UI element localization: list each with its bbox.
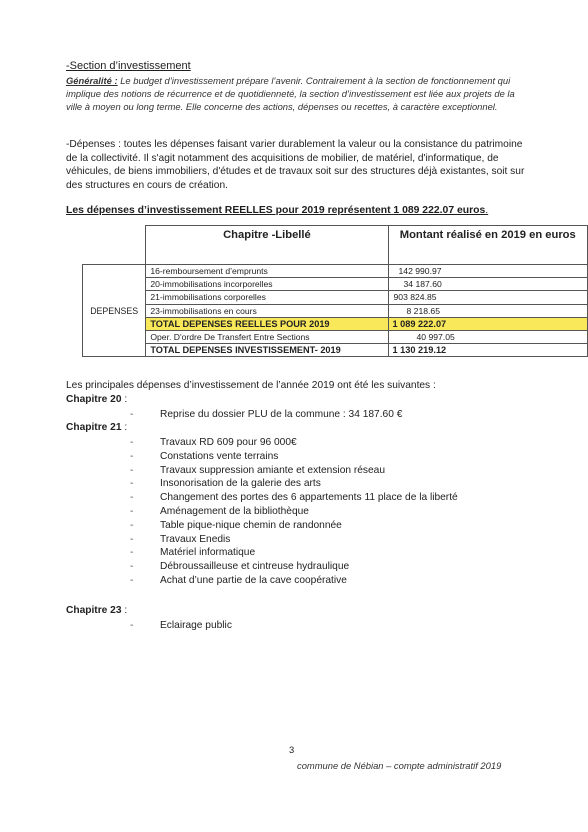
dash-bullet: - [130, 519, 133, 533]
table-header-row: Chapitre -Libellé Montant réalisé en 201… [83, 226, 588, 265]
dash-bullet: - [130, 464, 133, 478]
dash-bullet: - [130, 619, 133, 633]
list-item: -Achat d’une partie de la cave coopérati… [130, 574, 458, 588]
dash-bullet: - [130, 408, 133, 422]
table-row: Oper. D'ordre De Transfert Entre Section… [83, 330, 588, 343]
list-item: -Aménagement de la bibliothèque [130, 505, 458, 519]
dash-bullet: - [130, 436, 133, 450]
total-investissement-row: TOTAL DEPENSES INVESTISSEMENT- 2019 1 13… [83, 344, 588, 357]
row-amount: 1 130 219.12 [388, 344, 587, 357]
dash-bullet: - [130, 450, 133, 464]
list-item: -Insonorisation de la galerie des arts [130, 477, 458, 491]
list-item: -Constations vente terrains [130, 450, 458, 464]
chapter-21-title: Chapitre 21 : [66, 422, 127, 433]
dash-bullet: - [130, 546, 133, 560]
row-amount: 34 187.60 [388, 278, 587, 291]
chapter-20-items: -Reprise du dossier PLU de la commune : … [130, 408, 402, 422]
chapter-23-items: -Eclairage public [130, 619, 232, 633]
headline-text: Les dépenses d’investissement REELLES po… [66, 205, 485, 216]
row-label: TOTAL DEPENSES REELLES POUR 2019 [146, 317, 388, 330]
row-amount: 1 089 222.07 [388, 317, 587, 330]
intro-text: Le budget d’investissement prépare l’ave… [66, 75, 515, 112]
row-amount: 903 824.85 [388, 291, 587, 304]
table-row: DEPENSES 16-remboursement d’emprunts 142… [83, 265, 588, 278]
list-item: -Débroussailleuse et cintreuse hydrauliq… [130, 560, 458, 574]
row-amount: 8 218.65 [388, 304, 587, 317]
row-label: 20-immobilisations incorporelles [146, 278, 388, 291]
dash-bullet: - [130, 560, 133, 574]
page-number: 3 [289, 744, 294, 755]
list-item: -Matériel informatique [130, 546, 458, 560]
header-chapitre: Chapitre -Libellé [146, 226, 388, 265]
table-row: 20-immobilisations incorporelles 34 187.… [83, 278, 588, 291]
list-item: -Changement des portes des 6 appartement… [130, 491, 458, 505]
intro-paragraph: Généralité : Le budget d’investissement … [66, 74, 526, 114]
dash-bullet: - [130, 477, 133, 491]
row-amount: 40 997.05 [388, 330, 587, 343]
footer-text: commune de Nébian – compte administratif… [297, 760, 501, 771]
headline-end: . [485, 205, 488, 216]
list-item: -Reprise du dossier PLU de la commune : … [130, 408, 402, 422]
budget-table: Chapitre -Libellé Montant réalisé en 201… [82, 225, 588, 357]
list-item: -Travaux Enedis [130, 533, 458, 547]
summary-intro: Les principales dépenses d’investissemen… [66, 380, 436, 391]
dash-bullet: - [130, 533, 133, 547]
dash-bullet: - [130, 505, 133, 519]
list-item: -Travaux RD 609 pour 96 000€ [130, 436, 458, 450]
list-item: -Travaux suppression amiante et extensio… [130, 464, 458, 478]
table-row: 21-immobilisations corporelles 903 824.8… [83, 291, 588, 304]
row-label: 16-remboursement d’emprunts [146, 265, 388, 278]
dash-bullet: - [130, 491, 133, 505]
group-label: DEPENSES [83, 265, 146, 357]
list-item: -Eclairage public [130, 619, 232, 633]
headline: Les dépenses d’investissement REELLES po… [66, 205, 488, 216]
row-label: 23-immobilisations en cours [146, 304, 388, 317]
chapter-23-title: Chapitre 23 : [66, 605, 127, 616]
depenses-paragraph: -Dépenses : toutes les dépenses faisant … [66, 138, 536, 192]
section-title: -Section d’investissement [66, 60, 191, 72]
row-amount: 142 990.97 [388, 265, 587, 278]
chapter-20-title: Chapitre 20 : [66, 394, 127, 405]
row-label: 21-immobilisations corporelles [146, 291, 388, 304]
dash-bullet: - [130, 574, 133, 588]
table-row: 23-immobilisations en cours 8 218.65 [83, 304, 588, 317]
row-label: Oper. D'ordre De Transfert Entre Section… [146, 330, 388, 343]
table-corner [83, 226, 146, 265]
total-reelles-row: TOTAL DEPENSES REELLES POUR 2019 1 089 2… [83, 317, 588, 330]
chapter-21-items: -Travaux RD 609 pour 96 000€ -Constation… [130, 436, 458, 588]
row-label: TOTAL DEPENSES INVESTISSEMENT- 2019 [146, 344, 388, 357]
list-item: -Table pique-nique chemin de randonnée [130, 519, 458, 533]
header-montant: Montant réalisé en 2019 en euros [388, 226, 587, 265]
intro-lead: Généralité : [66, 75, 118, 86]
